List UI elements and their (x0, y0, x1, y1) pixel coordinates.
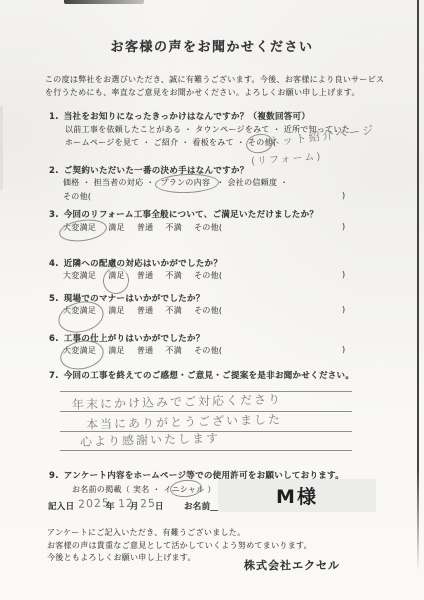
option-label: 普通 (137, 305, 154, 316)
option-label: 不満 (165, 345, 182, 356)
question-9-number: 9. (49, 471, 59, 481)
option-label: 不満 (165, 222, 182, 233)
question-7-handwritten-line-3: 心より感謝いたします (80, 429, 220, 450)
question-4-close-paren: ) (342, 270, 345, 279)
question-4-heading: 4.近隣への配慮の対応はいかがでしたか？ (49, 257, 222, 269)
scan-smudge-top (64, 0, 144, 4)
question-5-number: 5. (49, 294, 59, 304)
question-4-options-row: 大変満足 満足 普通 不満 その他( (63, 270, 222, 281)
option-label: 満足 (108, 345, 125, 356)
question-4-number: 4. (49, 259, 59, 269)
question-1-text: 当社をお知りになったきっかけはなんですか？（複数回答可） (64, 112, 310, 122)
option-label: 普通 (137, 222, 154, 233)
question-1-heading: 1.当社をお知りになったきっかけはなんですか？（複数回答可） (49, 110, 310, 122)
question-6-close-paren: ) (342, 345, 345, 354)
publish-options-post: ） (207, 485, 215, 494)
option-label: 大変満足 (63, 270, 96, 281)
question-6-number: 6. (49, 334, 59, 344)
footer-line-1: アンケートにご記入いただき、有難うございました。 (47, 527, 245, 538)
footer-line-2: お客様の声は貴重なご意見として活かしていくよう努めてまいります。 (47, 540, 312, 551)
option-label: 普通 (137, 270, 154, 281)
question-2-number: 2. (49, 166, 59, 176)
question-3-number: 3. (49, 210, 59, 220)
question-7-number: 7. (49, 371, 59, 381)
question-2-options-pre: 価格 ・ 担当者の対応 ・ (63, 177, 155, 188)
question-2-text: ご契約いただいた一番の決め手はなんですか？ (64, 166, 249, 176)
circle-annotation-q9 (169, 479, 202, 499)
option-label: 不満 (165, 270, 182, 281)
page-edge-line (417, 0, 419, 572)
question-3-heading: 3.今回のリフォーム工事全般について、ご満足いただけましたか？ (49, 208, 318, 220)
question-3-text: 今回のリフォーム工事全般について、ご満足いただけましたか？ (64, 210, 318, 220)
publish-options-pre: お名前の掲載（ 実名 ・ (72, 485, 161, 494)
scanned-survey-page: お客様の声をお聞かせください この度は弊社をお選びいただき、誠に有難うございます… (0, 0, 424, 600)
option-label: 満足 (108, 222, 125, 233)
option-label: その他( (194, 305, 222, 316)
question-2-heading: 2.ご契約いただいた一番の決め手はなんですか？ (49, 164, 249, 176)
question-1-number: 1. (49, 112, 59, 122)
option-label: その他( (194, 222, 222, 233)
scan-smudge-left (0, 106, 3, 190)
footer-line-3: 今後ともよろしくお願い申し上げます。 (47, 552, 196, 563)
question-5-close-paren: ) (342, 305, 345, 314)
ruled-line (60, 450, 352, 451)
question-7-text: 今回の工事を終えてのご感想・ご意見・ご提案を是非お聞かせください。 (64, 371, 354, 381)
question-1-options-text: ホームページを見て ・ ご紹介 ・ 看板をみて ・ (65, 138, 248, 147)
month-label: 月 (130, 500, 139, 512)
company-name: 株式会社エクセル (244, 557, 340, 573)
question-2-close-paren: ) (342, 191, 345, 200)
option-label: 満足 (108, 305, 125, 316)
question-7-heading: 7.今回の工事を終えてのご感想・ご意見・ご提案を是非お聞かせください。 (49, 369, 354, 381)
survey-title: お客様の声をお聞かせください (0, 36, 424, 55)
question-2-other-label: その他( (63, 191, 91, 202)
handwritten-day: 25 (140, 497, 157, 511)
question-3-close-paren: ) (342, 222, 345, 231)
year-label: 年 (106, 500, 115, 512)
intro-line-1: この度は弊社をお選びいただき、誠に有難うございます。今後、お客様により良いサービ… (45, 74, 384, 85)
circle-annotation-q3 (58, 217, 108, 244)
intro-line-2: を行うためにも、率直なご意見をお聞かせください。よろしくお願い申し上げます。 (45, 87, 360, 98)
option-label: その他( (194, 345, 222, 356)
question-7-handwritten-line-1: 年末にかけ込みでご対応くださり (72, 390, 282, 412)
option-label: その他( (194, 270, 222, 281)
question-2-options-post: ・ 会社の信頼度 ・ (216, 177, 288, 188)
option-label: 普通 (137, 345, 154, 356)
name-label: お名前 (184, 500, 210, 512)
option-label: 不満 (165, 305, 182, 316)
question-1-options-line-2: ホームページを見て ・ ご紹介 ・ 看板をみて ・ その他( (65, 137, 276, 148)
day-label: 日 (155, 500, 164, 512)
date-label: 記入日 (48, 500, 74, 512)
name-box: M様 (218, 479, 376, 512)
question-4-text: 近隣への配慮の対応はいかがでしたか？ (64, 259, 222, 269)
question-5-heading: 5.現場でのマナーはいかがでしたか？ (49, 292, 205, 304)
